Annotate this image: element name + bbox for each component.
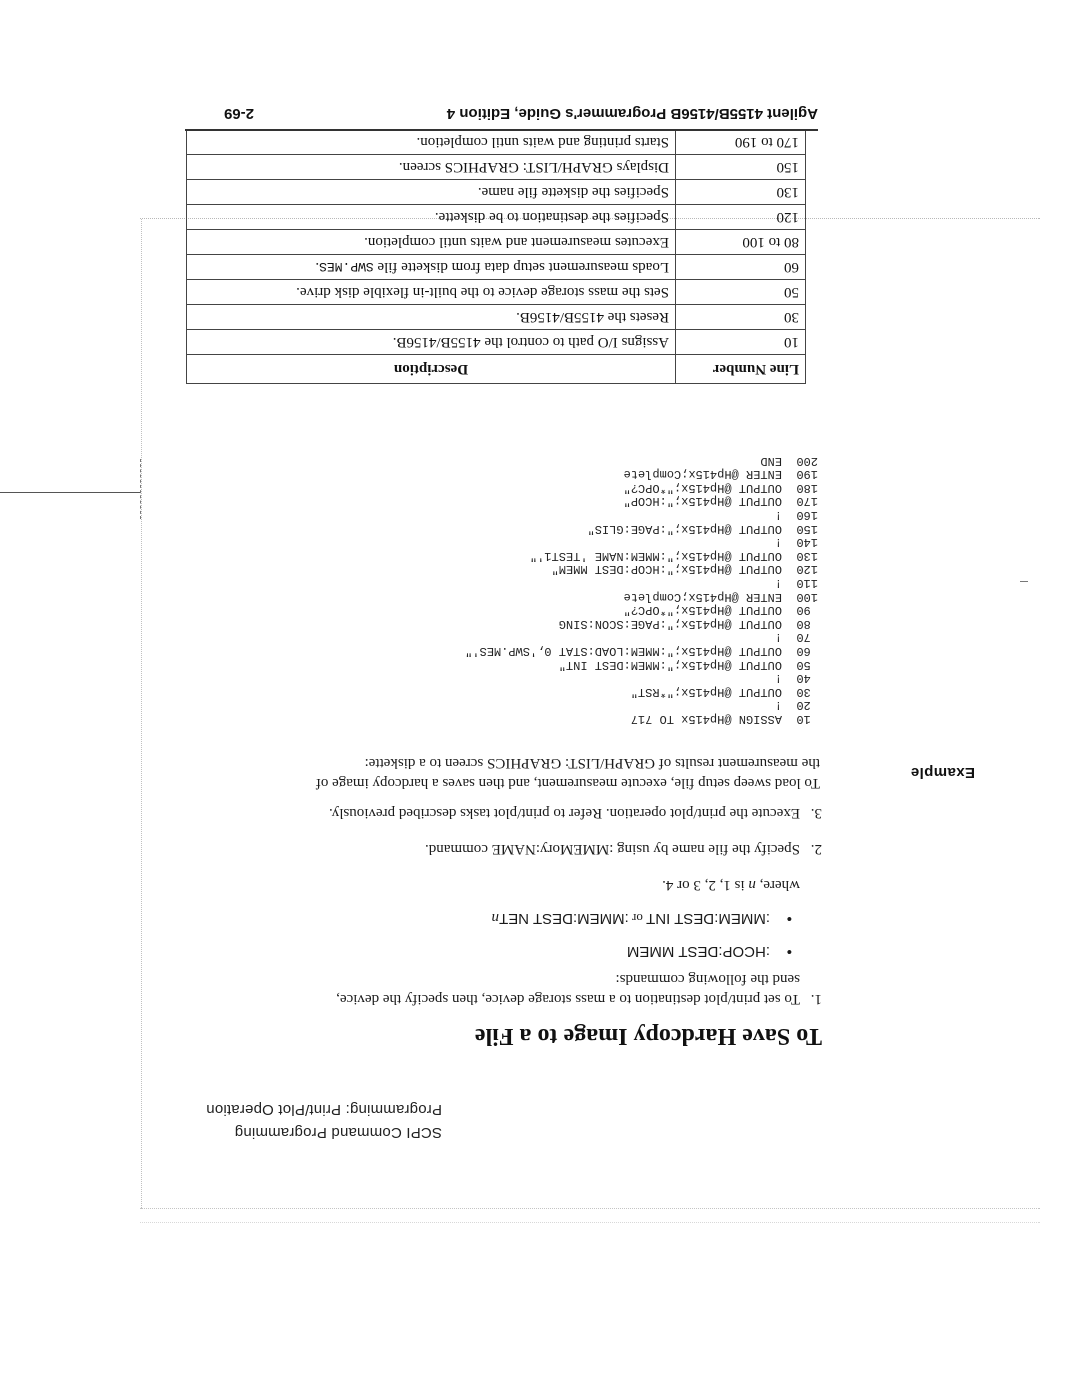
code-line: 120 OUTPUT @Hp415x;":HCOP:DEST MMEM": [465, 562, 818, 576]
line-number-cell: 80 to 100: [676, 230, 806, 255]
table-row: 150Displays GRAPH/LIST: GRAPHICS screen.: [187, 155, 806, 180]
where-note: where, n is 1, 2, 3 or 4.: [182, 875, 800, 895]
description-cell: Assigns I/O path to control the 4155B/41…: [187, 330, 676, 355]
bullet-icon: •: [787, 908, 792, 928]
crop-mark: [0, 492, 140, 493]
command-item: • :MMEM:DEST INT or :MMEM:DEST NETn: [182, 908, 800, 928]
table-row: 10Assigns I/O path to control the 4155B/…: [187, 330, 806, 355]
code-line: 70 !: [465, 630, 818, 644]
command-list: • :HCOP:DEST MMEM • :MMEM:DEST INT or :M…: [182, 908, 800, 961]
code-line: 130 OUTPUT @Hp415x;":MMEM:NAME 'TEST1'": [465, 548, 818, 562]
step-text: Execute the print/plot operation. Refer …: [182, 803, 800, 823]
code-line: 160 !: [465, 508, 818, 522]
line-number-cell: 60: [676, 255, 806, 280]
code-line: 40 !: [465, 671, 818, 685]
code-line: 20 !: [465, 698, 818, 712]
where-prefix: where,: [756, 877, 800, 893]
procedure-steps: 1. To set print/plot destination to a ma…: [182, 791, 822, 1009]
variable-n: n: [492, 910, 500, 926]
command-text: :MMEM:DEST INT: [646, 910, 770, 927]
code-line: 30 OUTPUT @Hp415x;"*RST": [465, 684, 818, 698]
file-name: SWP.MES: [319, 260, 374, 275]
command-text-alt: :MMEM:DEST NET: [499, 910, 629, 927]
scan-border-bottom-outer: [140, 1222, 1040, 1223]
table-row: 130Specifies the diskette file name.: [187, 180, 806, 205]
code-line: 80 OUTPUT @Hp415x;":PAGE:SCON:SING: [465, 616, 818, 630]
or-text: or: [629, 911, 646, 926]
line-number-cell: 120: [676, 205, 806, 230]
example-intro-line: the measurement results of GRAPH/LIST: G…: [180, 753, 820, 773]
description-cell: Displays GRAPH/LIST: GRAPHICS screen.: [187, 155, 676, 180]
description-cell: Loads measurement setup data from disket…: [187, 255, 676, 280]
table-row: 170 to 190Starts printing and waits unti…: [187, 130, 806, 155]
scan-border-right: [141, 219, 142, 1209]
command-item: • :HCOP:DEST MMEM: [182, 941, 800, 961]
step-number: 3.: [811, 803, 822, 823]
code-line: 150 OUTPUT @Hp415x;":PAGE:GLIS": [465, 521, 818, 535]
line-number-cell: 150: [676, 155, 806, 180]
bullet-icon: •: [787, 941, 792, 961]
command-text: :HCOP:DEST MMEM: [627, 943, 770, 960]
step-number: 1.: [811, 989, 822, 1009]
running-header-subsection: Programming: Print/Plot Operation: [206, 1101, 442, 1118]
page-number: 2-69: [224, 105, 254, 122]
step-number: 2.: [811, 839, 822, 859]
description-cell: Executes measurement and waits until com…: [187, 230, 676, 255]
description-cell: Specifies the destination to be diskette…: [187, 205, 676, 230]
table-row: 60Loads measurement setup data from disk…: [187, 255, 806, 280]
code-listing: 10 ASSIGN @Hp415x TO 717 20 ! 30 OUTPUT …: [465, 453, 818, 725]
step-text: To set print/plot destination to a mass …: [182, 989, 800, 1009]
code-line: 190 ENTER @Hp415x;Complete: [465, 467, 818, 481]
description-text: Loads measurement setup data from disket…: [374, 260, 669, 276]
code-line: 10 ASSIGN @Hp415x TO 717: [465, 711, 818, 725]
footer-rule: [185, 129, 818, 131]
line-number-cell: 30: [676, 305, 806, 330]
table-row: 30Resets the 4155B/4156B.: [187, 305, 806, 330]
code-line: 110 !: [465, 575, 818, 589]
step-2: 2. Specify the file name by using :MMEMo…: [182, 839, 822, 859]
code-line: 90 OUTPUT @Hp415x;"*OPC?": [465, 603, 818, 617]
step-text: send the following commands:: [182, 969, 800, 989]
table-row: 50Sets the mass storage device to the bu…: [187, 280, 806, 305]
column-header-description: Description: [187, 355, 676, 384]
section-title: To Save Hardcopy Image to a File: [475, 1022, 822, 1049]
table-row: 80 to 100Executes measurement and waits …: [187, 230, 806, 255]
example-intro: To load sweep setup file, execute measur…: [180, 753, 820, 793]
line-number-cell: 50: [676, 280, 806, 305]
code-line: 50 OUTPUT @Hp415x;":MMEM:DEST INT": [465, 657, 818, 671]
line-number-cell: 130: [676, 180, 806, 205]
description-text: .: [315, 260, 319, 276]
footer-title: Agilent 4155B/4156B Programmer's Guide, …: [447, 105, 818, 122]
code-line: 60 OUTPUT @Hp415x;":MMEM:LOAD:STAT 0,'SW…: [465, 643, 818, 657]
code-line: 140 !: [465, 535, 818, 549]
where-suffix: is 1, 2, 3 or 4.: [662, 877, 748, 893]
line-number-cell: 10: [676, 330, 806, 355]
example-intro-line: To load sweep setup file, execute measur…: [180, 773, 820, 793]
scan-border-bottom: [140, 1208, 1040, 1209]
running-header-section: SCPI Command Programming: [235, 1124, 442, 1141]
where-variable: n: [748, 877, 756, 893]
description-cell: Sets the mass storage device to the buil…: [187, 280, 676, 305]
step-1: 1. To set print/plot destination to a ma…: [182, 875, 822, 1009]
document-page: SCPI Command Programming Programming: Pr…: [0, 0, 1080, 1399]
description-cell: Starts printing and waits until completi…: [187, 130, 676, 155]
code-line: 100 ENTER @Hp415x;Complete: [465, 589, 818, 603]
code-line: 180 OUTPUT @Hp415x;"*OPC?": [465, 480, 818, 494]
column-header-line-number: Line Number: [676, 355, 806, 384]
table-header-row: Line Number Description: [187, 355, 806, 384]
description-cell: Resets the 4155B/4156B.: [187, 305, 676, 330]
description-cell: Specifies the diskette file name.: [187, 180, 676, 205]
table-row: 120Specifies the destination to be diske…: [187, 205, 806, 230]
example-label: Example: [911, 764, 976, 781]
line-number-cell: 170 to 190: [676, 130, 806, 155]
code-line: 200 END: [465, 453, 818, 467]
step-text: Specify the file name by using :MMEMory:…: [182, 839, 800, 859]
margin-mark: [1020, 581, 1028, 582]
code-line: 170 OUTPUT @Hp415x;":HCOP": [465, 494, 818, 508]
step-3: 3. Execute the print/plot operation. Ref…: [182, 803, 822, 823]
line-description-table: Line Number Description 10Assigns I/O pa…: [186, 129, 806, 384]
crop-mark-vertical: [140, 459, 141, 519]
